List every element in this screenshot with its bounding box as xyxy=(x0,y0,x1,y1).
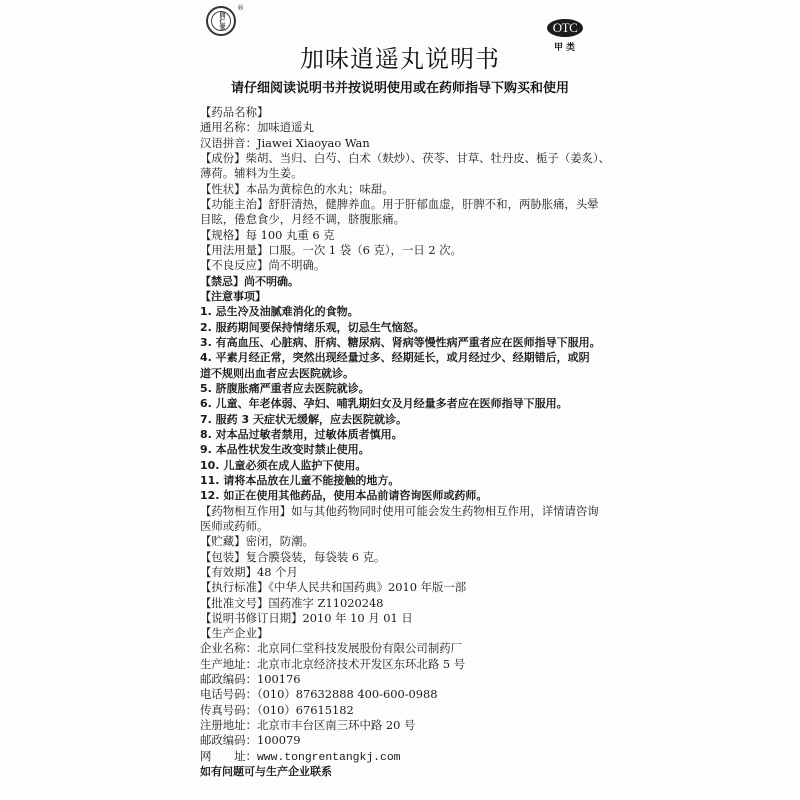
section-heading-dosage: 【用法用量】 xyxy=(200,243,268,257)
approval-number: 【批准文号】国药准字 Z11020248 xyxy=(200,596,604,611)
company-name: 企业名称：北京同仁堂科技发展股份有限公司制药厂 xyxy=(200,641,604,656)
document-title: 加味逍遥丸说明书 xyxy=(0,44,800,74)
registered-address: 注册地址：北京市丰台区南三环中路 20 号 xyxy=(200,718,604,733)
section-heading-standard: 【执行标准】 xyxy=(200,580,268,594)
standard: 【执行标准】《中华人民共和国药典》2010 年版一部 xyxy=(200,580,604,595)
indications-line-1: 【功能主治】舒肝清热，健脾养血。用于肝郁血虚，肝脾不和，两胁胀痛，头晕 xyxy=(200,197,604,212)
precaution-item: 5. 脐腹胀痛严重者应去医院就诊。 xyxy=(200,381,604,396)
precaution-item: 10. 儿童必须在成人监护下使用。 xyxy=(200,458,604,473)
registered-mark: ® xyxy=(237,4,244,12)
section-heading-ingredients: 【成份】 xyxy=(200,151,246,165)
revision-date: 【说明书修订日期】2010 年 10 月 01 日 xyxy=(200,611,604,626)
website-label: 网 址： xyxy=(200,749,257,763)
production-address: 生产地址：北京市北京经济技术开发区东环北路 5 号 xyxy=(200,657,604,672)
precaution-item: 7. 服药 3 天症状无缓解，应去医院就诊。 xyxy=(200,412,604,427)
generic-name: 通用名称：加味逍遥丸 xyxy=(200,120,604,135)
registered-postcode: 邮政编码：100079 xyxy=(200,733,604,748)
contact-note: 如有问题可与生产企业联系 xyxy=(200,764,604,779)
package: 【包装】复合膜袋装，每袋装 6 克。 xyxy=(200,550,604,565)
website: 网 址：www.tongrentangkj.com xyxy=(200,749,604,764)
pinyin-name: 汉语拼音：Jiawei Xiaoyao Wan xyxy=(200,136,604,151)
phone-number: 电话号码：（010）87632888 400-600-0988 xyxy=(200,687,604,702)
precaution-item: 3. 有高血压、心脏病、肝病、糖尿病、肾病等慢性病严重者应在医师指导下服用。 xyxy=(200,335,604,350)
precaution-item: 4. 平素月经正常，突然出现经量过多、经期延长，或月经过少、经期错后，或阴 xyxy=(200,350,604,365)
ingredients-line-2: 薄荷。辅料为生姜。 xyxy=(200,166,604,181)
logo-seal-icon: 同仁堂 xyxy=(211,11,231,31)
dosage: 【用法用量】口服。一次 1 袋（6 克），一日 2 次。 xyxy=(200,243,604,258)
section-heading-interactions: 【药物相互作用】 xyxy=(200,504,291,518)
validity: 【有效期】48 个月 xyxy=(200,565,604,580)
postcode: 邮政编码：100176 xyxy=(200,672,604,687)
ingredients-line-1: 【成份】柴胡、当归、白芍、白术（麸炒）、茯苓、甘草、牡丹皮、栀子（姜炙）、 xyxy=(200,151,604,166)
section-heading-contraindications: 【禁忌】 xyxy=(200,275,244,288)
section-heading-validity: 【有效期】 xyxy=(200,565,257,579)
contraindications: 【禁忌】尚不明确。 xyxy=(200,274,604,289)
section-heading-specification: 【规格】 xyxy=(200,228,246,242)
specification: 【规格】每 100 丸重 6 克 xyxy=(200,228,604,243)
website-link[interactable]: www.tongrentangkj.com xyxy=(257,752,401,764)
section-heading-name: 【药品名称】 xyxy=(200,105,604,120)
section-heading-adverse: 【不良反应】 xyxy=(200,258,268,272)
precaution-item: 1. 忌生冷及油腻难消化的食物。 xyxy=(200,304,604,319)
document-subtitle: 请仔细阅读说明书并按说明使用或在药师指导下购买和使用 xyxy=(0,80,800,98)
brand-logo: 同仁堂 xyxy=(206,6,236,36)
indications-line-2: 目眩，倦怠食少，月经不调，脐腹胀痛。 xyxy=(200,212,604,227)
section-heading-description: 【性状】 xyxy=(200,182,246,196)
description: 【性状】本品为黄棕色的水丸；味甜。 xyxy=(200,182,604,197)
section-heading-approval: 【批准文号】 xyxy=(200,596,268,610)
section-heading-precautions: 【注意事项】 xyxy=(200,289,604,304)
fax-number: 传真号码：（010）67615182 xyxy=(200,703,604,718)
section-heading-indications: 【功能主治】 xyxy=(200,197,268,211)
precaution-item: 8. 对本品过敏者禁用，过敏体质者慎用。 xyxy=(200,427,604,442)
section-heading-storage: 【贮藏】 xyxy=(200,534,246,548)
precaution-item: 9. 本品性状发生改变时禁止使用。 xyxy=(200,442,604,457)
adverse-reactions: 【不良反应】尚不明确。 xyxy=(200,258,604,273)
precaution-item: 道不规则出血者应去医院就诊。 xyxy=(200,366,604,381)
storage: 【贮藏】密闭，防潮。 xyxy=(200,534,604,549)
otc-badge: OTC xyxy=(547,19,583,37)
interactions-line-2: 医师或药师。 xyxy=(200,519,604,534)
interactions-line-1: 【药物相互作用】如与其他药物同时使用可能会发生药物相互作用，详情请咨询 xyxy=(200,504,604,519)
section-heading-manufacturer: 【生产企业】 xyxy=(200,626,604,641)
leaflet-body: 【药品名称】 通用名称：加味逍遥丸 汉语拼音：Jiawei Xiaoyao Wa… xyxy=(200,105,604,779)
precaution-item: 2. 服药期间要保持情绪乐观，切忌生气恼怒。 xyxy=(200,320,604,335)
precaution-item: 11. 请将本品放在儿童不能接触的地方。 xyxy=(200,473,604,488)
precaution-item: 6. 儿童、年老体弱、孕妇、哺乳期妇女及月经量多者应在医师指导下服用。 xyxy=(200,396,604,411)
section-heading-revision: 【说明书修订日期】 xyxy=(200,611,303,625)
precaution-item: 12. 如正在使用其他药品，使用本品前请咨询医师或药师。 xyxy=(200,488,604,503)
section-heading-package: 【包装】 xyxy=(200,550,246,564)
